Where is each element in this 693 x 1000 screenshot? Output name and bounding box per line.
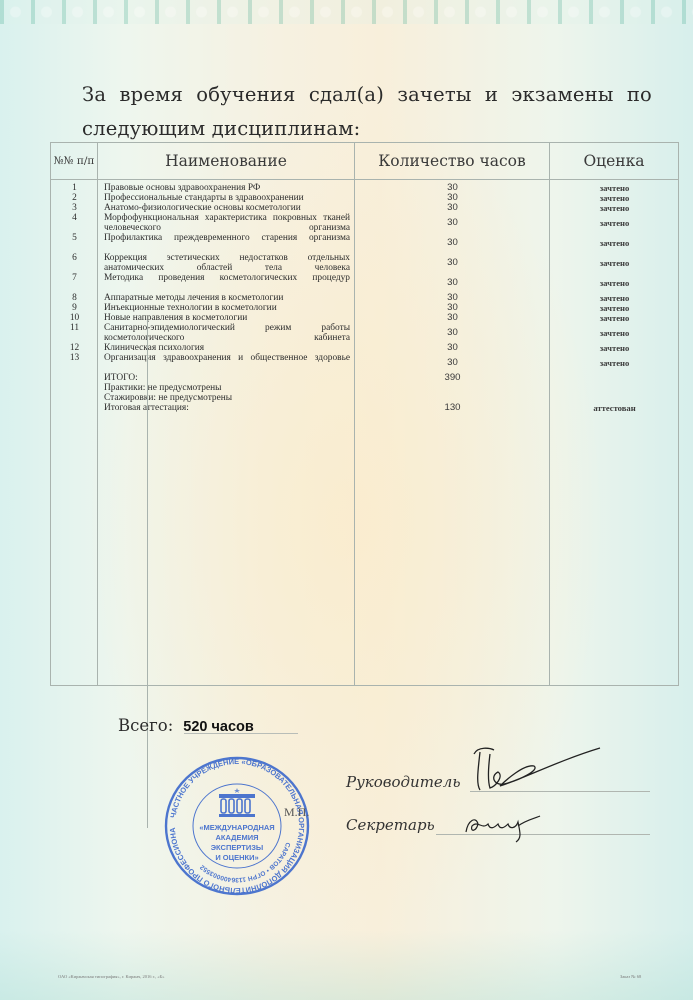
grade-value: зачтено <box>550 193 679 203</box>
director-signature <box>460 740 610 800</box>
discipline-name: Анатомо-физиологические основы косметоло… <box>98 203 355 213</box>
column-divider <box>354 177 355 685</box>
row-number <box>51 403 98 413</box>
row-number: 3 <box>51 203 98 213</box>
discipline-name: Организация здравоохранения и общественн… <box>98 353 355 373</box>
secretary-signature <box>460 810 550 844</box>
column-divider <box>549 177 550 685</box>
hours-value <box>355 383 550 393</box>
hours-value: 30 <box>355 253 550 273</box>
hours-value: 130 <box>355 403 550 413</box>
column-header-name: Наименование <box>98 143 355 180</box>
column-header-hours: Количество часов <box>355 143 550 180</box>
decorative-border-bottom <box>0 930 693 1000</box>
hours-value: 30 <box>355 343 550 353</box>
discipline-name: Клиническая психология <box>98 343 355 353</box>
table-row: 1Правовые основы здравоохранения РФ30зач… <box>51 183 678 193</box>
director-label: Руководитель <box>346 773 461 791</box>
summary-row: Итоговая аттестация:130аттестован <box>51 403 678 413</box>
row-number: 1 <box>51 183 98 193</box>
table-row: 7Методика проведения косметологических п… <box>51 273 678 293</box>
table-body: 1Правовые основы здравоохранения РФ30зач… <box>51 180 679 686</box>
grade-value: зачтено <box>550 253 679 273</box>
table-row: 4Морфофункциональная характеристика покр… <box>51 213 678 233</box>
grade-value: аттестован <box>550 403 679 413</box>
column-header-number: №№ п/п <box>51 143 98 180</box>
hours-value: 30 <box>355 203 550 213</box>
discipline-name: Правовые основы здравоохранения РФ <box>98 183 355 193</box>
row-number: 4 <box>51 213 98 233</box>
hours-value: 30 <box>355 323 550 343</box>
printer-info: ОАО «Киржачская типография», г. Киржач, … <box>58 974 164 979</box>
column-divider <box>97 177 98 685</box>
summary-label: Стажировки: не предусмотрены <box>98 393 355 403</box>
organization-stamp: ЧАСТНОЕ УЧРЕЖДЕНИЕ «ОБРАЗОВАТЕЛЬНАЯ ОРГА… <box>163 756 311 896</box>
table-row: 12Клиническая психология30зачтено <box>51 343 678 353</box>
svg-text:АКАДЕМИЯ: АКАДЕМИЯ <box>215 833 258 842</box>
discipline-name: Аппаратные методы лечения в косметологии <box>98 293 355 303</box>
svg-text:ЭКСПЕРТИЗЫ: ЭКСПЕРТИЗЫ <box>211 843 264 852</box>
table-row: 2Профессиональные стандарты в здравоохра… <box>51 193 678 203</box>
hours-value: 390 <box>355 373 550 383</box>
grades-table: №№ п/п Наименование Количество часов Оце… <box>50 142 679 686</box>
grade-value: зачтено <box>550 213 679 233</box>
hours-value: 30 <box>355 353 550 373</box>
table-header-row: №№ п/п Наименование Количество часов Оце… <box>51 143 679 180</box>
grade-value <box>550 383 679 393</box>
order-number: Заказ № 68 <box>620 974 641 979</box>
grade-value <box>550 373 679 383</box>
svg-text:«МЕЖДУНАРОДНАЯ: «МЕЖДУНАРОДНАЯ <box>199 823 274 832</box>
discipline-name: Профилактика преждевременного старения о… <box>98 233 355 253</box>
discipline-name: Коррекция эстетических недостатков отдел… <box>98 253 355 273</box>
row-number <box>51 393 98 403</box>
grade-value <box>550 393 679 403</box>
secretary-label: Секретарь <box>346 816 435 834</box>
table-row: 11Санитарно-эпидемиологический режим раб… <box>51 323 678 343</box>
summary-label: ИТОГО: <box>98 373 355 383</box>
svg-text:И ОЦЕНКИ»: И ОЦЕНКИ» <box>215 853 258 862</box>
total-label: Всего: <box>118 716 173 735</box>
hours-value: 30 <box>355 213 550 233</box>
grade-value: зачтено <box>550 303 679 313</box>
row-number <box>51 373 98 383</box>
row-number: 7 <box>51 273 98 293</box>
grade-value: зачтено <box>550 323 679 343</box>
discipline-name: Методика проведения косметологических пр… <box>98 273 355 293</box>
table-row: 9Инъекционные технологии в косметологии3… <box>51 303 678 313</box>
row-number: 5 <box>51 233 98 253</box>
row-number: 11 <box>51 323 98 343</box>
summary-row: Стажировки: не предусмотрены <box>51 393 678 403</box>
decorative-border-top <box>0 0 693 24</box>
discipline-name: Новые направления в косметологии <box>98 313 355 323</box>
row-number <box>51 383 98 393</box>
summary-label: Итоговая аттестация: <box>98 403 355 413</box>
table-row: 13Организация здравоохранения и обществе… <box>51 353 678 373</box>
discipline-name: Санитарно-эпидемиологический режим работ… <box>98 323 355 343</box>
grade-value: зачтено <box>550 293 679 303</box>
table-row: 8Аппаратные методы лечения в косметологи… <box>51 293 678 303</box>
row-number: 12 <box>51 343 98 353</box>
row-number: 2 <box>51 193 98 203</box>
hours-value: 30 <box>355 233 550 253</box>
table-rows: 1Правовые основы здравоохранения РФ30зач… <box>51 180 678 413</box>
table-row: 6Коррекция эстетических недостатков отде… <box>51 253 678 273</box>
row-number: 8 <box>51 293 98 303</box>
table-row: 3Анатомо-физиологические основы косметол… <box>51 203 678 213</box>
total-underline <box>184 733 298 734</box>
summary-row: Практики: не предусмотрены <box>51 383 678 393</box>
grade-value: зачтено <box>550 273 679 293</box>
discipline-name: Профессиональные стандарты в здравоохран… <box>98 193 355 203</box>
grade-value: зачтено <box>550 203 679 213</box>
row-number: 13 <box>51 353 98 373</box>
column-header-grade: Оценка <box>550 143 679 180</box>
table-row: 5Профилактика преждевременного старения … <box>51 233 678 253</box>
table-row: 10Новые направления в косметологии30зачт… <box>51 313 678 323</box>
hours-value: 30 <box>355 313 550 323</box>
summary-row: ИТОГО:390 <box>51 373 678 383</box>
grade-value: зачтено <box>550 343 679 353</box>
row-number: 6 <box>51 253 98 273</box>
row-number: 10 <box>51 313 98 323</box>
stamp-place-label: М.П. <box>284 805 309 820</box>
page-heading: За время обучения сдал(а) зачеты и экзам… <box>82 78 652 146</box>
row-number: 9 <box>51 303 98 313</box>
grade-value: зачтено <box>550 353 679 373</box>
summary-label: Практики: не предусмотрены <box>98 383 355 393</box>
grade-value: зачтено <box>550 233 679 253</box>
grade-value: зачтено <box>550 313 679 323</box>
discipline-name: Инъекционные технологии в косметологии <box>98 303 355 313</box>
grade-value: зачтено <box>550 183 679 193</box>
discipline-name: Морфофункциональная характеристика покро… <box>98 213 355 233</box>
hours-value: 30 <box>355 273 550 293</box>
